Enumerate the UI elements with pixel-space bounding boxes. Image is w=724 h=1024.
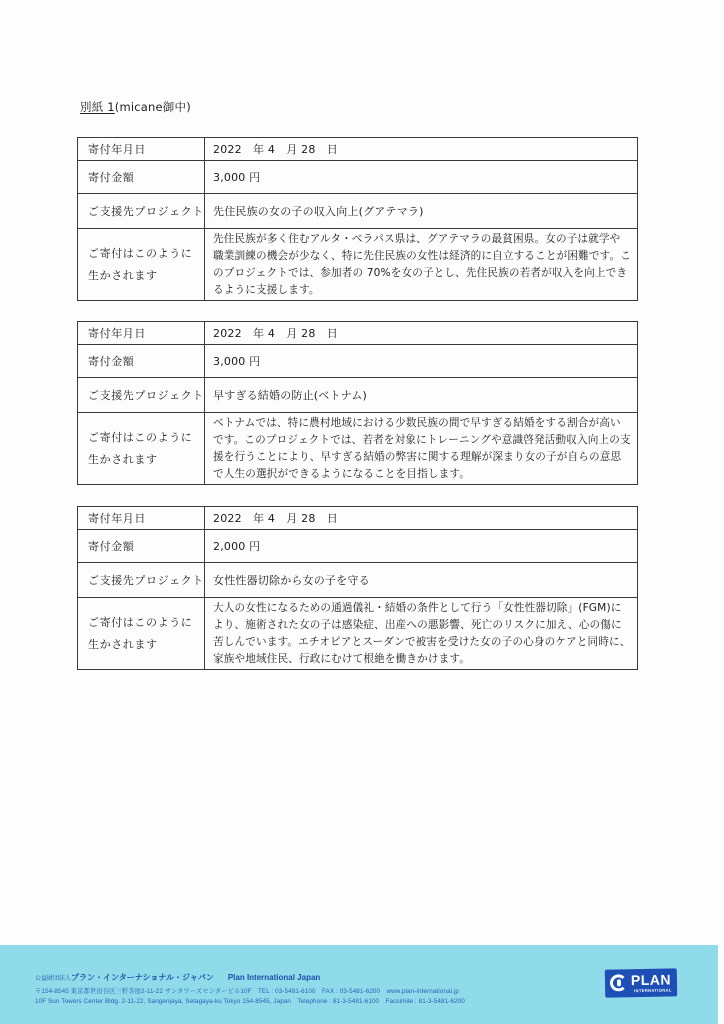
donation-table-2: 寄付年月日 2022 年 4 月 28 日 寄付金額 3,000 円 ご支援先プ…	[77, 321, 638, 485]
org-name-ja: プラン・インターナショナル・ジャパン	[71, 973, 214, 982]
description-value: 大人の女性になるための通過儀礼・結婚の条件として行う「女性性器切除」(FGM)に…	[205, 598, 638, 670]
description-value: 先住民族が多く住むアルタ・ベラパス県は、グアテマラの最貧困県。女の子は就学や職業…	[205, 229, 638, 301]
amount-label: 寄付金額	[78, 161, 205, 194]
donation-table-1: 寄付年月日 2022 年 4 月 28 日 寄付金額 3,000 円 ご支援先プ…	[77, 137, 638, 301]
logo-subword: INTERNATIONAL	[634, 987, 672, 993]
row-amount: 寄付金額 2,000 円	[78, 530, 638, 563]
row-date: 寄付年月日 2022 年 4 月 28 日	[78, 507, 638, 530]
project-value: 先住民族の女の子の収入向上(グアテマラ)	[205, 194, 638, 229]
amount-value: 2,000 円	[205, 530, 638, 563]
org-name-en: Plan International Japan	[228, 973, 320, 982]
project-label: ご支援先プロジェクト	[78, 378, 205, 413]
date-label: 寄付年月日	[78, 322, 205, 345]
row-project: ご支援先プロジェクト 女性性器切除から女の子を守る	[78, 563, 638, 598]
amount-label: 寄付金額	[78, 530, 205, 563]
usage-label-line1: ご寄付はこのように	[88, 427, 204, 449]
plan-logo-icon	[610, 974, 627, 991]
page-heading: 別紙 1(micane御中)	[80, 99, 191, 115]
usage-label-line2: 生かされます	[88, 449, 204, 471]
donation-table-3: 寄付年月日 2022 年 4 月 28 日 寄付金額 2,000 円 ご支援先プ…	[77, 506, 638, 670]
usage-label-line1: ご寄付はこのように	[88, 243, 204, 265]
date-value: 2022 年 4 月 28 日	[205, 507, 638, 530]
address-en: 10F Sun Towers Center Bldg. 2-11-22, San…	[35, 996, 465, 1005]
attachment-number: 別紙 1	[80, 100, 115, 114]
address-ja: 〒154-8545 東京都世田谷区三軒茶屋2-11-22 サンタワーズセンタービ…	[35, 986, 459, 995]
recipient-label: (micane御中)	[115, 100, 191, 114]
row-description: ご寄付はこのように 生かされます 先住民族が多く住むアルタ・ベラパス県は、グアテ…	[78, 229, 638, 301]
project-value: 早すぎる結婚の防止(ベトナム)	[205, 378, 638, 413]
row-project: ご支援先プロジェクト 早すぎる結婚の防止(ベトナム)	[78, 378, 638, 413]
usage-label: ご寄付はこのように 生かされます	[78, 229, 205, 301]
date-label: 寄付年月日	[78, 138, 205, 161]
row-date: 寄付年月日 2022 年 4 月 28 日	[78, 138, 638, 161]
organization-name: 公益財団法人プラン・インターナショナル・ジャパンPlan Internation…	[35, 972, 320, 983]
date-label: 寄付年月日	[78, 507, 205, 530]
usage-label-line2: 生かされます	[88, 265, 204, 287]
usage-label-line1: ご寄付はこのように	[88, 612, 204, 634]
amount-value: 3,000 円	[205, 345, 638, 378]
project-label: ご支援先プロジェクト	[78, 563, 205, 598]
usage-label: ご寄付はこのように 生かされます	[78, 413, 205, 485]
description-value: ベトナムでは、特に農村地域における少数民族の間で早すぎる結婚をする割合が高いです…	[205, 413, 638, 485]
org-prefix: 公益財団法人	[35, 975, 71, 982]
amount-label: 寄付金額	[78, 345, 205, 378]
usage-label: ご寄付はこのように 生かされます	[78, 598, 205, 670]
row-date: 寄付年月日 2022 年 4 月 28 日	[78, 322, 638, 345]
usage-label-line2: 生かされます	[88, 634, 204, 656]
document-page: 別紙 1(micane御中) 寄付年月日 2022 年 4 月 28 日 寄付金…	[0, 0, 724, 1024]
row-amount: 寄付金額 3,000 円	[78, 345, 638, 378]
plan-international-logo: PLAN INTERNATIONAL	[605, 968, 677, 997]
project-value: 女性性器切除から女の子を守る	[205, 563, 638, 598]
amount-value: 3,000 円	[205, 161, 638, 194]
date-value: 2022 年 4 月 28 日	[205, 138, 638, 161]
logo-word: PLAN	[631, 971, 671, 988]
row-description: ご寄付はこのように 生かされます ベトナムでは、特に農村地域における少数民族の間…	[78, 413, 638, 485]
project-label: ご支援先プロジェクト	[78, 194, 205, 229]
date-value: 2022 年 4 月 28 日	[205, 322, 638, 345]
row-project: ご支援先プロジェクト 先住民族の女の子の収入向上(グアテマラ)	[78, 194, 638, 229]
row-amount: 寄付金額 3,000 円	[78, 161, 638, 194]
row-description: ご寄付はこのように 生かされます 大人の女性になるための通過儀礼・結婚の条件とし…	[78, 598, 638, 670]
